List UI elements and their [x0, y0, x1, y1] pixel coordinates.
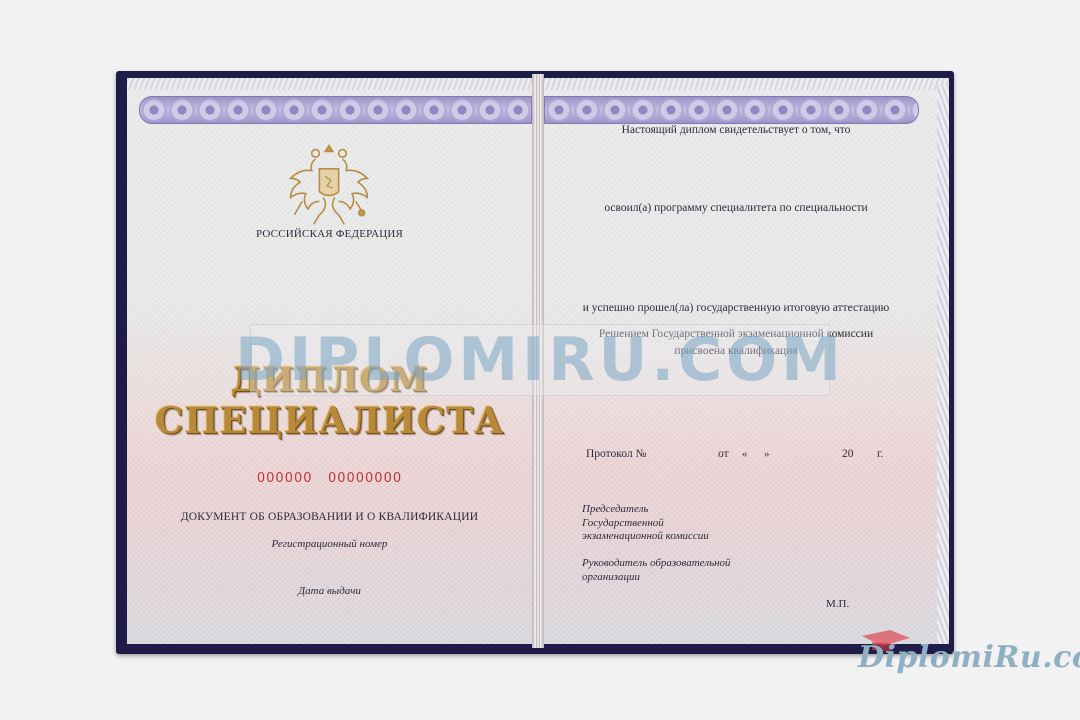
- lace-border: [544, 78, 949, 90]
- site-logo[interactable]: DiplomiRu.com: [858, 640, 1080, 675]
- head-line: организации: [582, 571, 731, 585]
- guilloche-ribbon: [544, 96, 919, 124]
- country-name: РОССИЙСКАЯ ФЕДЕРАЦИЯ: [127, 228, 532, 240]
- chairman-line: Председатель: [582, 503, 709, 517]
- quote-close: »: [764, 448, 770, 460]
- quote-open: «: [742, 448, 748, 460]
- guilloche-ribbon: [139, 96, 532, 124]
- document-type: ДОКУМЕНТ ОБ ОБРАЗОВАНИИ И О КВАЛИФИКАЦИИ: [127, 511, 532, 523]
- head-signature-label: Руководитель образовательной организации: [582, 557, 731, 584]
- chairman-line: экзаменационной комиссии: [582, 530, 709, 544]
- serial-number: 000000 00000000: [127, 471, 532, 486]
- diploma-title-line2: СПЕЦИАЛИСТА: [127, 400, 532, 442]
- program-text: освоил(а) программу специалитета по спец…: [544, 202, 928, 214]
- serial-digits: 00000000: [328, 471, 402, 486]
- date-from-label: от: [718, 448, 729, 460]
- protocol-label: Протокол №: [586, 448, 646, 460]
- watermark: DIPLOMIRU.COM: [250, 324, 830, 396]
- head-line: Руководитель образовательной: [582, 557, 731, 571]
- registration-number-label: Регистрационный номер: [127, 538, 532, 550]
- intro-text: Настоящий диплом свидетельствует о том, …: [544, 124, 928, 136]
- chairman-signature-label: Председатель Государственной экзаменацио…: [582, 503, 709, 544]
- serial-series: 000000: [257, 471, 313, 486]
- lace-border-side: [937, 86, 949, 644]
- lace-border: [127, 78, 532, 90]
- attestation-text: и успешно прошел(ла) государственную ито…: [544, 302, 928, 314]
- stamp-place-label: М.П.: [826, 598, 849, 610]
- chairman-line: Государственной: [582, 517, 709, 531]
- double-headed-eagle-icon: [281, 138, 377, 234]
- issue-date-label: Дата выдачи: [127, 585, 532, 597]
- year-prefix: 20: [842, 448, 854, 460]
- year-suffix: г.: [877, 448, 883, 460]
